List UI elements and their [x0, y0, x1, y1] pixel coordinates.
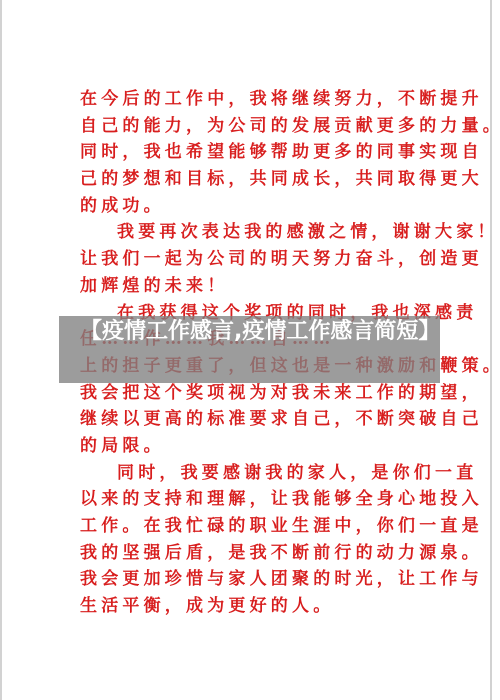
text-line: 在今后的工作中，我将继续努力，不断提升 [80, 86, 430, 113]
text-line: 我会更加珍惜与家人团聚的时光，让工作与 [80, 566, 430, 593]
text-line: 让我们一起为公司的明天努力奋斗，创造更 [80, 246, 430, 273]
text-line: 加辉煌的未来！ [80, 273, 430, 300]
text-line: 同时，我也希望能够帮助更多的同事实现自 [80, 139, 430, 166]
text-line: 我要再次表达我的感激之情，谢谢大家！ [80, 219, 430, 246]
banner-title[interactable]: 【疫情工作感言,疫情工作感言简短】 [80, 318, 440, 346]
text-line: 生活平衡，成为更好的人。 [80, 593, 430, 620]
text-line: 的成功。 [80, 193, 430, 220]
text-line: 工作。在我忙碌的职业生涯中，你们一直是 [80, 513, 430, 540]
text-line: 己的梦想和目标，共同成长，共同取得更大 [80, 166, 430, 193]
text-line: 继续以更高的标准要求自己，不断突破自己 [80, 406, 430, 433]
text-line: 我的坚强后盾，是我不断前行的动力源泉。 [80, 540, 430, 567]
text-line: 的局限。 [80, 433, 430, 460]
text-line: 以来的支持和理解，让我能够全身心地投入 [80, 486, 430, 513]
text-line: 同时，我要感谢我的家人，是你们一直 [80, 460, 430, 487]
text-line: 自己的能力，为公司的发展贡献更多的力量。 [80, 113, 430, 140]
text-line: 我会把这个奖项视为对我未来工作的期望， [80, 380, 430, 407]
